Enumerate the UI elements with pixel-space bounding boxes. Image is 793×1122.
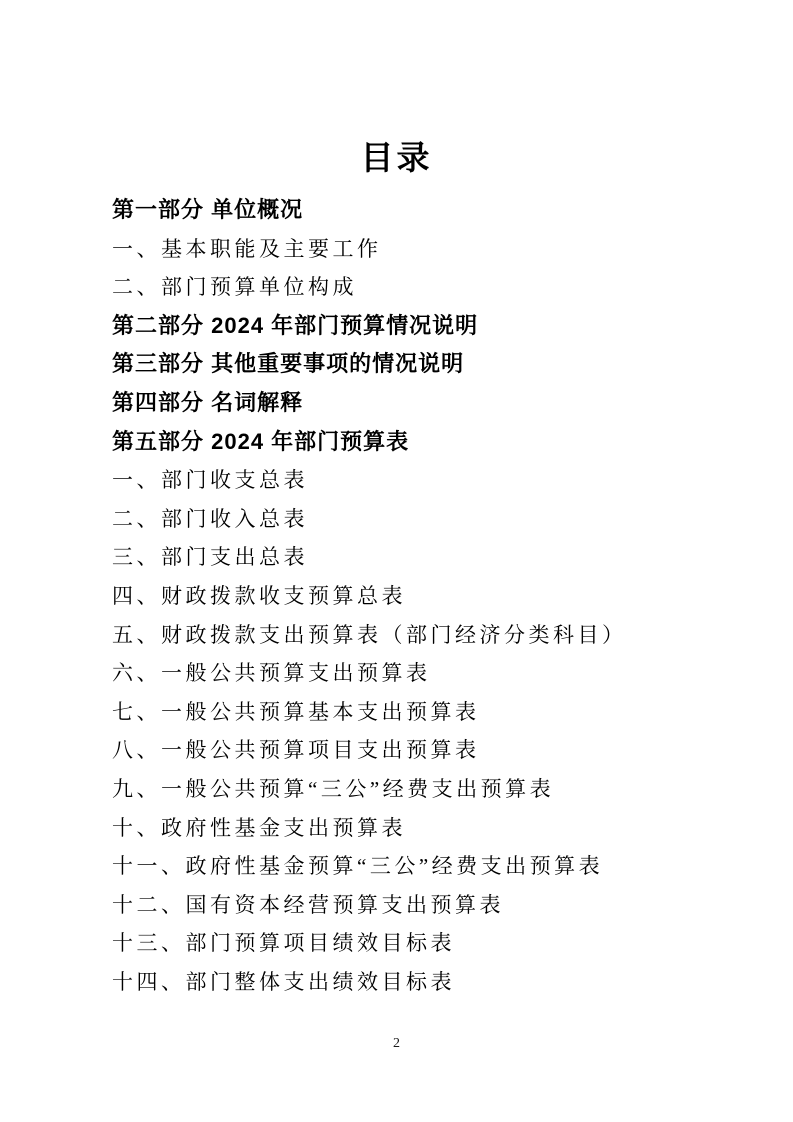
toc-entry: 十、政府性基金支出预算表 <box>112 809 733 848</box>
page-number: 2 <box>0 1036 793 1052</box>
toc-entry: 二、部门预算单位构成 <box>112 268 733 307</box>
toc-entry: 第五部分 2024 年部门预算表 <box>112 423 733 462</box>
toc-entry: 七、一般公共预算基本支出预算表 <box>112 693 733 732</box>
document-page: 目录 第一部分 单位概况 一、基本职能及主要工作 二、部门预算单位构成 第二部分… <box>0 0 793 1122</box>
toc-entry: 一、基本职能及主要工作 <box>112 230 733 269</box>
toc-entry: 二、部门收入总表 <box>112 500 733 539</box>
toc-entry: 四、财政拨款收支预算总表 <box>112 577 733 616</box>
toc-entry: 一、部门收支总表 <box>112 461 733 500</box>
page-title: 目录 <box>0 140 793 176</box>
toc-entry: 十一、政府性基金预算“三公”经费支出预算表 <box>112 847 733 886</box>
toc-entry: 五、财政拨款支出预算表（部门经济分类科目） <box>112 616 733 655</box>
toc-entry: 第一部分 单位概况 <box>112 191 733 230</box>
toc-entry: 十三、部门预算项目绩效目标表 <box>112 924 733 963</box>
toc-entry: 八、一般公共预算项目支出预算表 <box>112 731 733 770</box>
toc-entry: 三、部门支出总表 <box>112 538 733 577</box>
toc-entry: 第四部分 名词解释 <box>112 384 733 423</box>
toc-entry: 十二、国有资本经营预算支出预算表 <box>112 886 733 925</box>
toc-entry: 六、一般公共预算支出预算表 <box>112 654 733 693</box>
toc-entry: 第二部分 2024 年部门预算情况说明 <box>112 307 733 346</box>
table-of-contents: 第一部分 单位概况 一、基本职能及主要工作 二、部门预算单位构成 第二部分 20… <box>112 191 733 1001</box>
toc-entry: 九、一般公共预算“三公”经费支出预算表 <box>112 770 733 809</box>
toc-entry: 第三部分 其他重要事项的情况说明 <box>112 345 733 384</box>
toc-entry: 十四、部门整体支出绩效目标表 <box>112 963 733 1002</box>
